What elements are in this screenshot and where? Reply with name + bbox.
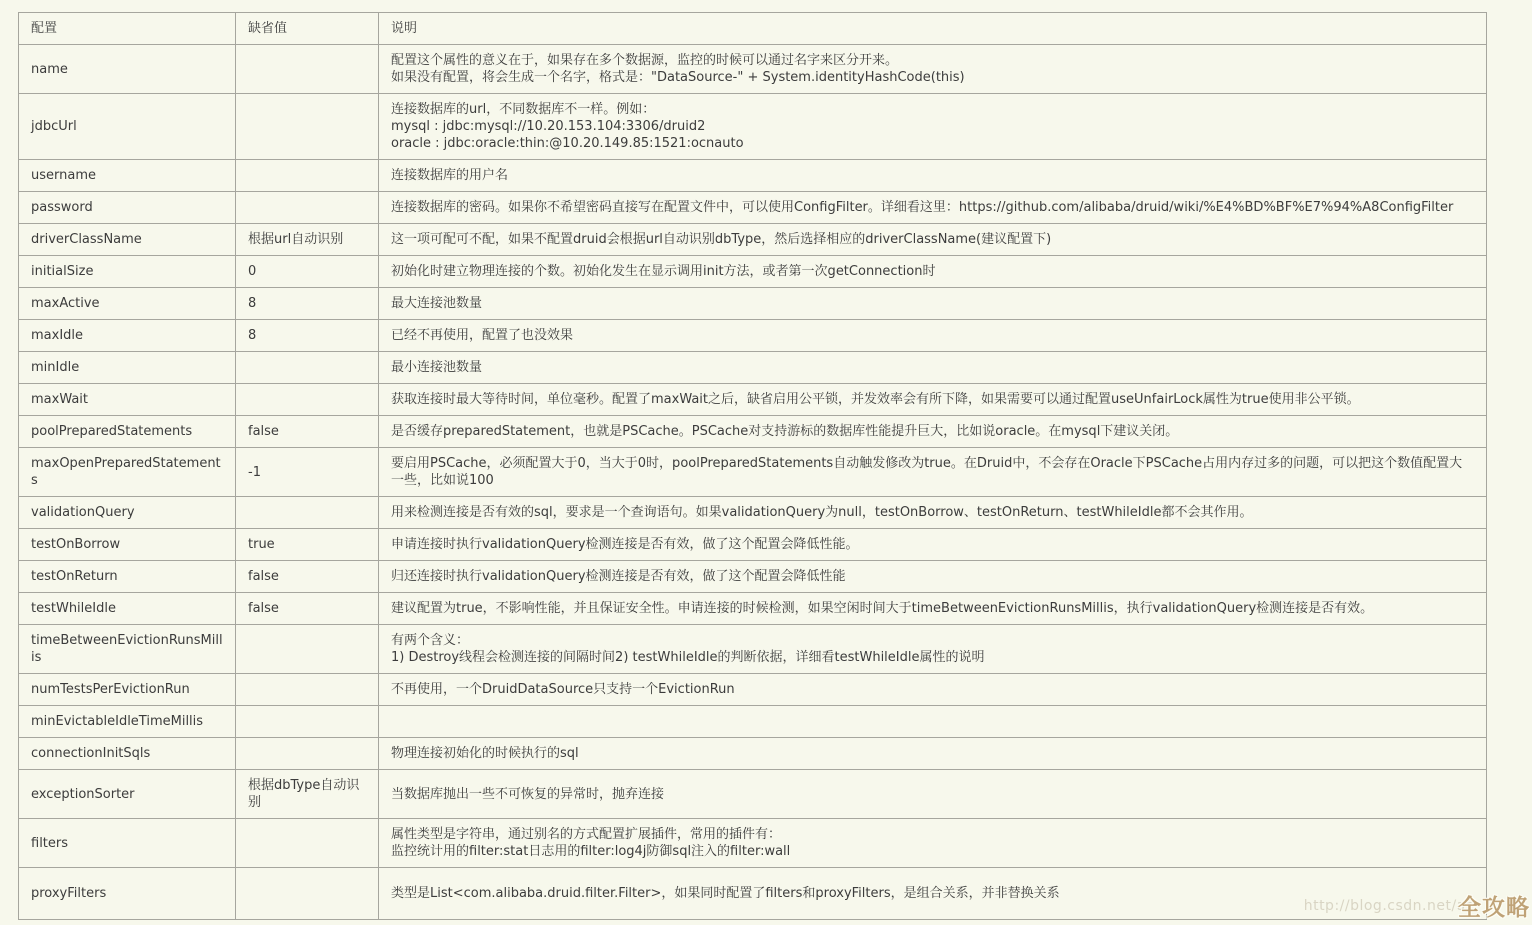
default-value-cell: true: [236, 529, 379, 561]
default-value-cell: [236, 384, 379, 416]
default-value-cell: false: [236, 593, 379, 625]
description-cell: 最大连接池数量: [379, 288, 1487, 320]
description-cell: 要启用PSCache，必须配置大于0，当大于0时，poolPreparedSta…: [379, 448, 1487, 497]
default-value-cell: false: [236, 561, 379, 593]
description-cell: 有两个含义： 1) Destroy线程会检测连接的间隔时间2) testWhil…: [379, 625, 1487, 674]
config-name-cell: driverClassName: [19, 224, 236, 256]
description-cell: 获取连接时最大等待时间，单位毫秒。配置了maxWait之后，缺省启用公平锁，并发…: [379, 384, 1487, 416]
default-value-cell: [236, 625, 379, 674]
default-value-cell: [236, 94, 379, 160]
table-row: proxyFilters类型是List<com.alibaba.druid.fi…: [19, 868, 1487, 920]
description-cell: 用来检测连接是否有效的sql，要求是一个查询语句。如果validationQue…: [379, 497, 1487, 529]
config-name-cell: password: [19, 192, 236, 224]
header-row: 配置 缺省值 说明: [19, 13, 1487, 45]
config-name-cell: numTestsPerEvictionRun: [19, 674, 236, 706]
description-cell: 申请连接时执行validationQuery检测连接是否有效，做了这个配置会降低…: [379, 529, 1487, 561]
default-value-cell: -1: [236, 448, 379, 497]
table-row: driverClassName根据url自动识别这一项可配可不配，如果不配置dr…: [19, 224, 1487, 256]
default-value-cell: [236, 192, 379, 224]
header-config: 配置: [19, 13, 236, 45]
default-value-cell: [236, 868, 379, 920]
table-row: filters属性类型是字符串，通过别名的方式配置扩展插件，常用的插件有： 监控…: [19, 819, 1487, 868]
table-row: connectionInitSqls物理连接初始化的时候执行的sql: [19, 738, 1487, 770]
table-row: minEvictableIdleTimeMillis: [19, 706, 1487, 738]
config-name-cell: maxActive: [19, 288, 236, 320]
description-cell: 当数据库抛出一些不可恢复的异常时，抛弃连接: [379, 770, 1487, 819]
config-name-cell: testWhileIdle: [19, 593, 236, 625]
config-name-cell: connectionInitSqls: [19, 738, 236, 770]
table-row: timeBetweenEvictionRunsMillis有两个含义： 1) D…: [19, 625, 1487, 674]
description-cell: 初始化时建立物理连接的个数。初始化发生在显示调用init方法，或者第一次getC…: [379, 256, 1487, 288]
description-cell: 连接数据库的密码。如果你不希望密码直接写在配置文件中，可以使用ConfigFil…: [379, 192, 1487, 224]
description-cell: 连接数据库的url，不同数据库不一样。例如： mysql : jdbc:mysq…: [379, 94, 1487, 160]
table-row: password连接数据库的密码。如果你不希望密码直接写在配置文件中，可以使用C…: [19, 192, 1487, 224]
config-name-cell: exceptionSorter: [19, 770, 236, 819]
table-row: jdbcUrl连接数据库的url，不同数据库不一样。例如： mysql : jd…: [19, 94, 1487, 160]
config-name-cell: maxOpenPreparedStatements: [19, 448, 236, 497]
description-cell: 配置这个属性的意义在于，如果存在多个数据源，监控的时候可以通过名字来区分开来。 …: [379, 45, 1487, 94]
description-cell: 是否缓存preparedStatement，也就是PSCache。PSCache…: [379, 416, 1487, 448]
default-value-cell: [236, 819, 379, 868]
table-row: maxIdle8已经不再使用，配置了也没效果: [19, 320, 1487, 352]
table-row: testWhileIdlefalse建议配置为true，不影响性能，并且保证安全…: [19, 593, 1487, 625]
default-value-cell: 8: [236, 320, 379, 352]
description-cell: 不再使用，一个DruidDataSource只支持一个EvictionRun: [379, 674, 1487, 706]
description-cell: 归还连接时执行validationQuery检测连接是否有效，做了这个配置会降低…: [379, 561, 1487, 593]
default-value-cell: [236, 352, 379, 384]
config-name-cell: jdbcUrl: [19, 94, 236, 160]
table-row: name配置这个属性的意义在于，如果存在多个数据源，监控的时候可以通过名字来区分…: [19, 45, 1487, 94]
description-cell: 这一项可配可不配，如果不配置druid会根据url自动识别dbType，然后选择…: [379, 224, 1487, 256]
config-name-cell: minEvictableIdleTimeMillis: [19, 706, 236, 738]
table-row: maxWait获取连接时最大等待时间，单位毫秒。配置了maxWait之后，缺省启…: [19, 384, 1487, 416]
config-name-cell: minIdle: [19, 352, 236, 384]
table-row: minIdle最小连接池数量: [19, 352, 1487, 384]
table-row: initialSize0初始化时建立物理连接的个数。初始化发生在显示调用init…: [19, 256, 1487, 288]
config-name-cell: testOnBorrow: [19, 529, 236, 561]
config-name-cell: initialSize: [19, 256, 236, 288]
config-name-cell: filters: [19, 819, 236, 868]
default-value-cell: [236, 45, 379, 94]
description-cell: 最小连接池数量: [379, 352, 1487, 384]
table-row: maxOpenPreparedStatements-1要启用PSCache，必须…: [19, 448, 1487, 497]
header-description: 说明: [379, 13, 1487, 45]
header-default-value: 缺省值: [236, 13, 379, 45]
config-name-cell: testOnReturn: [19, 561, 236, 593]
default-value-cell: [236, 706, 379, 738]
description-cell: [379, 706, 1487, 738]
config-name-cell: poolPreparedStatements: [19, 416, 236, 448]
table-row: poolPreparedStatementsfalse是否缓存preparedS…: [19, 416, 1487, 448]
description-cell: 类型是List<com.alibaba.druid.filter.Filter>…: [379, 868, 1487, 920]
description-cell: 已经不再使用，配置了也没效果: [379, 320, 1487, 352]
default-value-cell: [236, 497, 379, 529]
config-table-header: 配置 缺省值 说明: [19, 13, 1487, 45]
default-value-cell: 根据dbType自动识别: [236, 770, 379, 819]
default-value-cell: 8: [236, 288, 379, 320]
config-name-cell: name: [19, 45, 236, 94]
config-name-cell: timeBetweenEvictionRunsMillis: [19, 625, 236, 674]
table-row: validationQuery用来检测连接是否有效的sql，要求是一个查询语句。…: [19, 497, 1487, 529]
config-name-cell: username: [19, 160, 236, 192]
description-cell: 连接数据库的用户名: [379, 160, 1487, 192]
table-row: numTestsPerEvictionRun不再使用，一个DruidDataSo…: [19, 674, 1487, 706]
table-row: username连接数据库的用户名: [19, 160, 1487, 192]
config-table-body: name配置这个属性的意义在于，如果存在多个数据源，监控的时候可以通过名字来区分…: [19, 45, 1487, 920]
table-row: testOnReturnfalse归还连接时执行validationQuery检…: [19, 561, 1487, 593]
table-row: maxActive8最大连接池数量: [19, 288, 1487, 320]
config-table: 配置 缺省值 说明 name配置这个属性的意义在于，如果存在多个数据源，监控的时…: [18, 12, 1487, 920]
default-value-cell: [236, 738, 379, 770]
table-row: testOnBorrowtrue申请连接时执行validationQuery检测…: [19, 529, 1487, 561]
default-value-cell: 根据url自动识别: [236, 224, 379, 256]
config-name-cell: validationQuery: [19, 497, 236, 529]
default-value-cell: [236, 160, 379, 192]
default-value-cell: 0: [236, 256, 379, 288]
description-cell: 属性类型是字符串，通过别名的方式配置扩展插件，常用的插件有： 监控统计用的fil…: [379, 819, 1487, 868]
config-name-cell: proxyFilters: [19, 868, 236, 920]
config-name-cell: maxWait: [19, 384, 236, 416]
default-value-cell: [236, 674, 379, 706]
description-cell: 物理连接初始化的时候执行的sql: [379, 738, 1487, 770]
config-name-cell: maxIdle: [19, 320, 236, 352]
table-row: exceptionSorter根据dbType自动识别当数据库抛出一些不可恢复的…: [19, 770, 1487, 819]
default-value-cell: false: [236, 416, 379, 448]
description-cell: 建议配置为true，不影响性能，并且保证安全性。申请连接的时候检测，如果空闲时间…: [379, 593, 1487, 625]
